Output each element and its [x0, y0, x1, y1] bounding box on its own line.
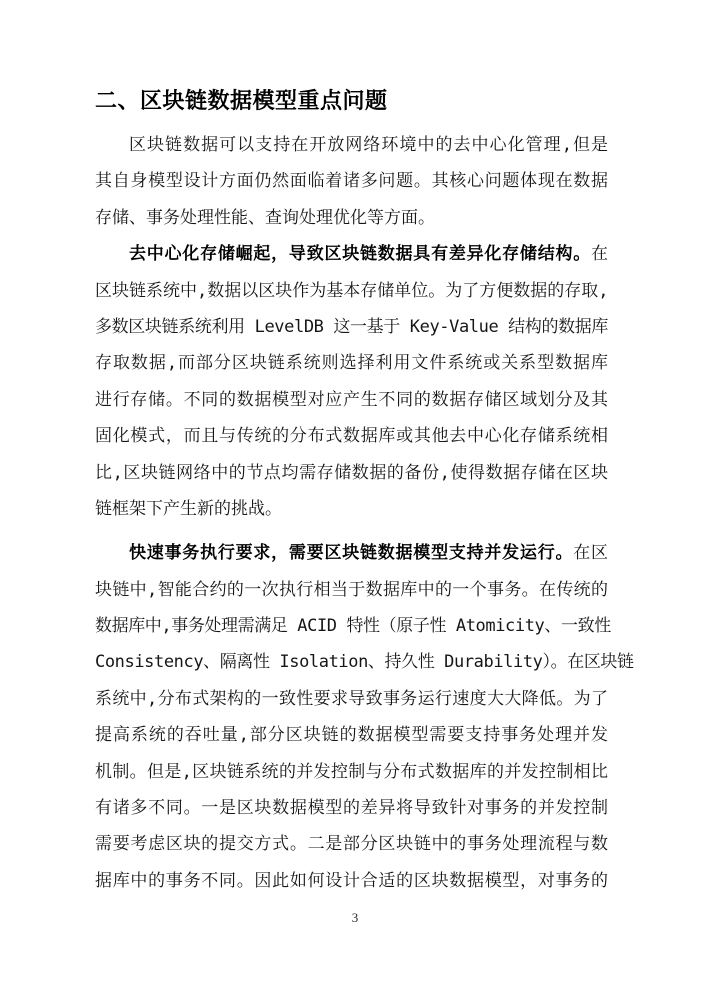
text-line: 需要考虑区块的提交方式。二是部分区块链中的事务处理流程与数 — [95, 826, 608, 862]
page-number: 3 — [0, 910, 710, 926]
text-line: 去中心化存储崛起，导致区块链数据具有差异化存储结构。在 — [95, 236, 608, 272]
text-line: 区块链数据可以支持在开放网络环境中的去中心化管理,但是 — [95, 127, 608, 163]
text-line: 存储、事务处理性能、查询处理优化等方面。 — [95, 200, 608, 236]
text-line: 据库中的事务不同。因此如何设计合适的区块数据模型，对事务的 — [95, 863, 608, 899]
section-heading: 二、区块链数据模型重点问题 — [95, 88, 388, 114]
text-line: Consistency、隔离性 Isolation、持久性 Durability… — [95, 644, 608, 680]
document-body: 区块链数据可以支持在开放网络环境中的去中心化管理,但是其自身模型设计方面仍然面临… — [95, 127, 608, 899]
paragraph: 去中心化存储崛起，导致区块链数据具有差异化存储结构。在区块链系统中,数据以区块作… — [95, 236, 608, 527]
paragraph: 区块链数据可以支持在开放网络环境中的去中心化管理,但是其自身模型设计方面仍然面临… — [95, 127, 608, 236]
text-line: 存取数据,而部分区块链系统则选择利用文件系统或关系型数据库 — [95, 345, 608, 381]
text-line: 其自身模型设计方面仍然面临着诸多问题。其核心问题体现在数据 — [95, 163, 608, 199]
text-line: 进行存储。不同的数据模型对应产生不同的数据存储区域划分及其 — [95, 382, 608, 418]
text-line: 比,区块链网络中的节点均需存储数据的备份,使得数据存储在区块 — [95, 455, 608, 491]
document-page: 二、区块链数据模型重点问题 区块链数据可以支持在开放网络环境中的去中心化管理,但… — [0, 0, 710, 1003]
lead-emphasis: 快速事务执行要求，需要区块链数据模型支持并发运行。 — [129, 543, 573, 562]
lead-emphasis: 去中心化存储崛起，导致区块链数据具有差异化存储结构。 — [129, 244, 591, 263]
text-line: 区块链系统中,数据以区块作为基本存储单位。为了方便数据的存取, — [95, 273, 608, 309]
text-line: 系统中,分布式架构的一致性要求导致事务运行速度大大降低。为了 — [95, 681, 608, 717]
text-line: 多数区块链系统利用 LevelDB 这一基于 Key-Value 结构的数据库 — [95, 309, 608, 345]
text-line: 快速事务执行要求，需要区块链数据模型支持并发运行。在区 — [95, 535, 608, 571]
text-line: 数据库中,事务处理需满足 ACID 特性（原子性 Atomicity、一致性 — [95, 608, 608, 644]
text-line: 链框架下产生新的挑战。 — [95, 491, 608, 527]
text-line: 提高系统的吞吐量,部分区块链的数据模型需要支持事务处理并发 — [95, 717, 608, 753]
paragraph: 快速事务执行要求，需要区块链数据模型支持并发运行。在区块链中,智能合约的一次执行… — [95, 535, 608, 899]
text-line: 块链中,智能合约的一次执行相当于数据库中的一个事务。在传统的 — [95, 572, 608, 608]
text-line: 机制。但是,区块链系统的并发控制与分布式数据库的并发控制相比 — [95, 754, 608, 790]
text-line: 固化模式，而且与传统的分布式数据库或其他去中心化存储系统相 — [95, 418, 608, 454]
text-line: 有诸多不同。一是区块数据模型的差异将导致针对事务的并发控制 — [95, 790, 608, 826]
